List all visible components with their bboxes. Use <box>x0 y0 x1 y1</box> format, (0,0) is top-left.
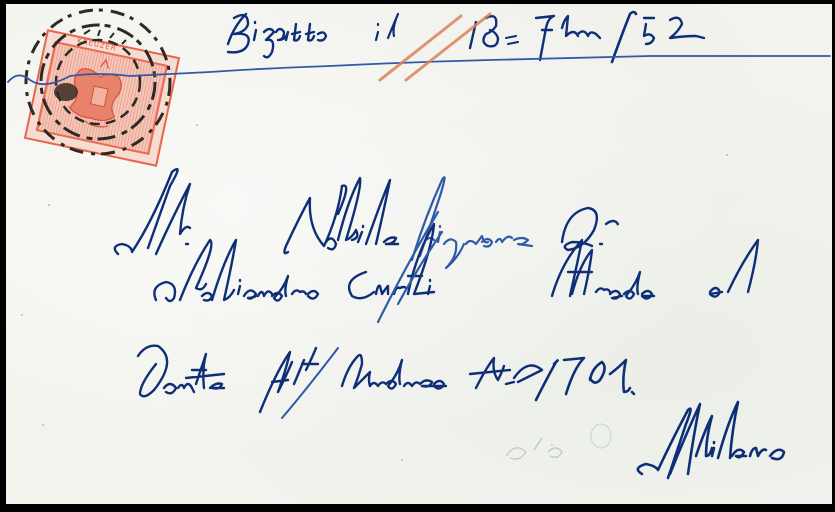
envelope: KREUZER <box>6 4 832 504</box>
address-handwriting <box>6 4 832 504</box>
